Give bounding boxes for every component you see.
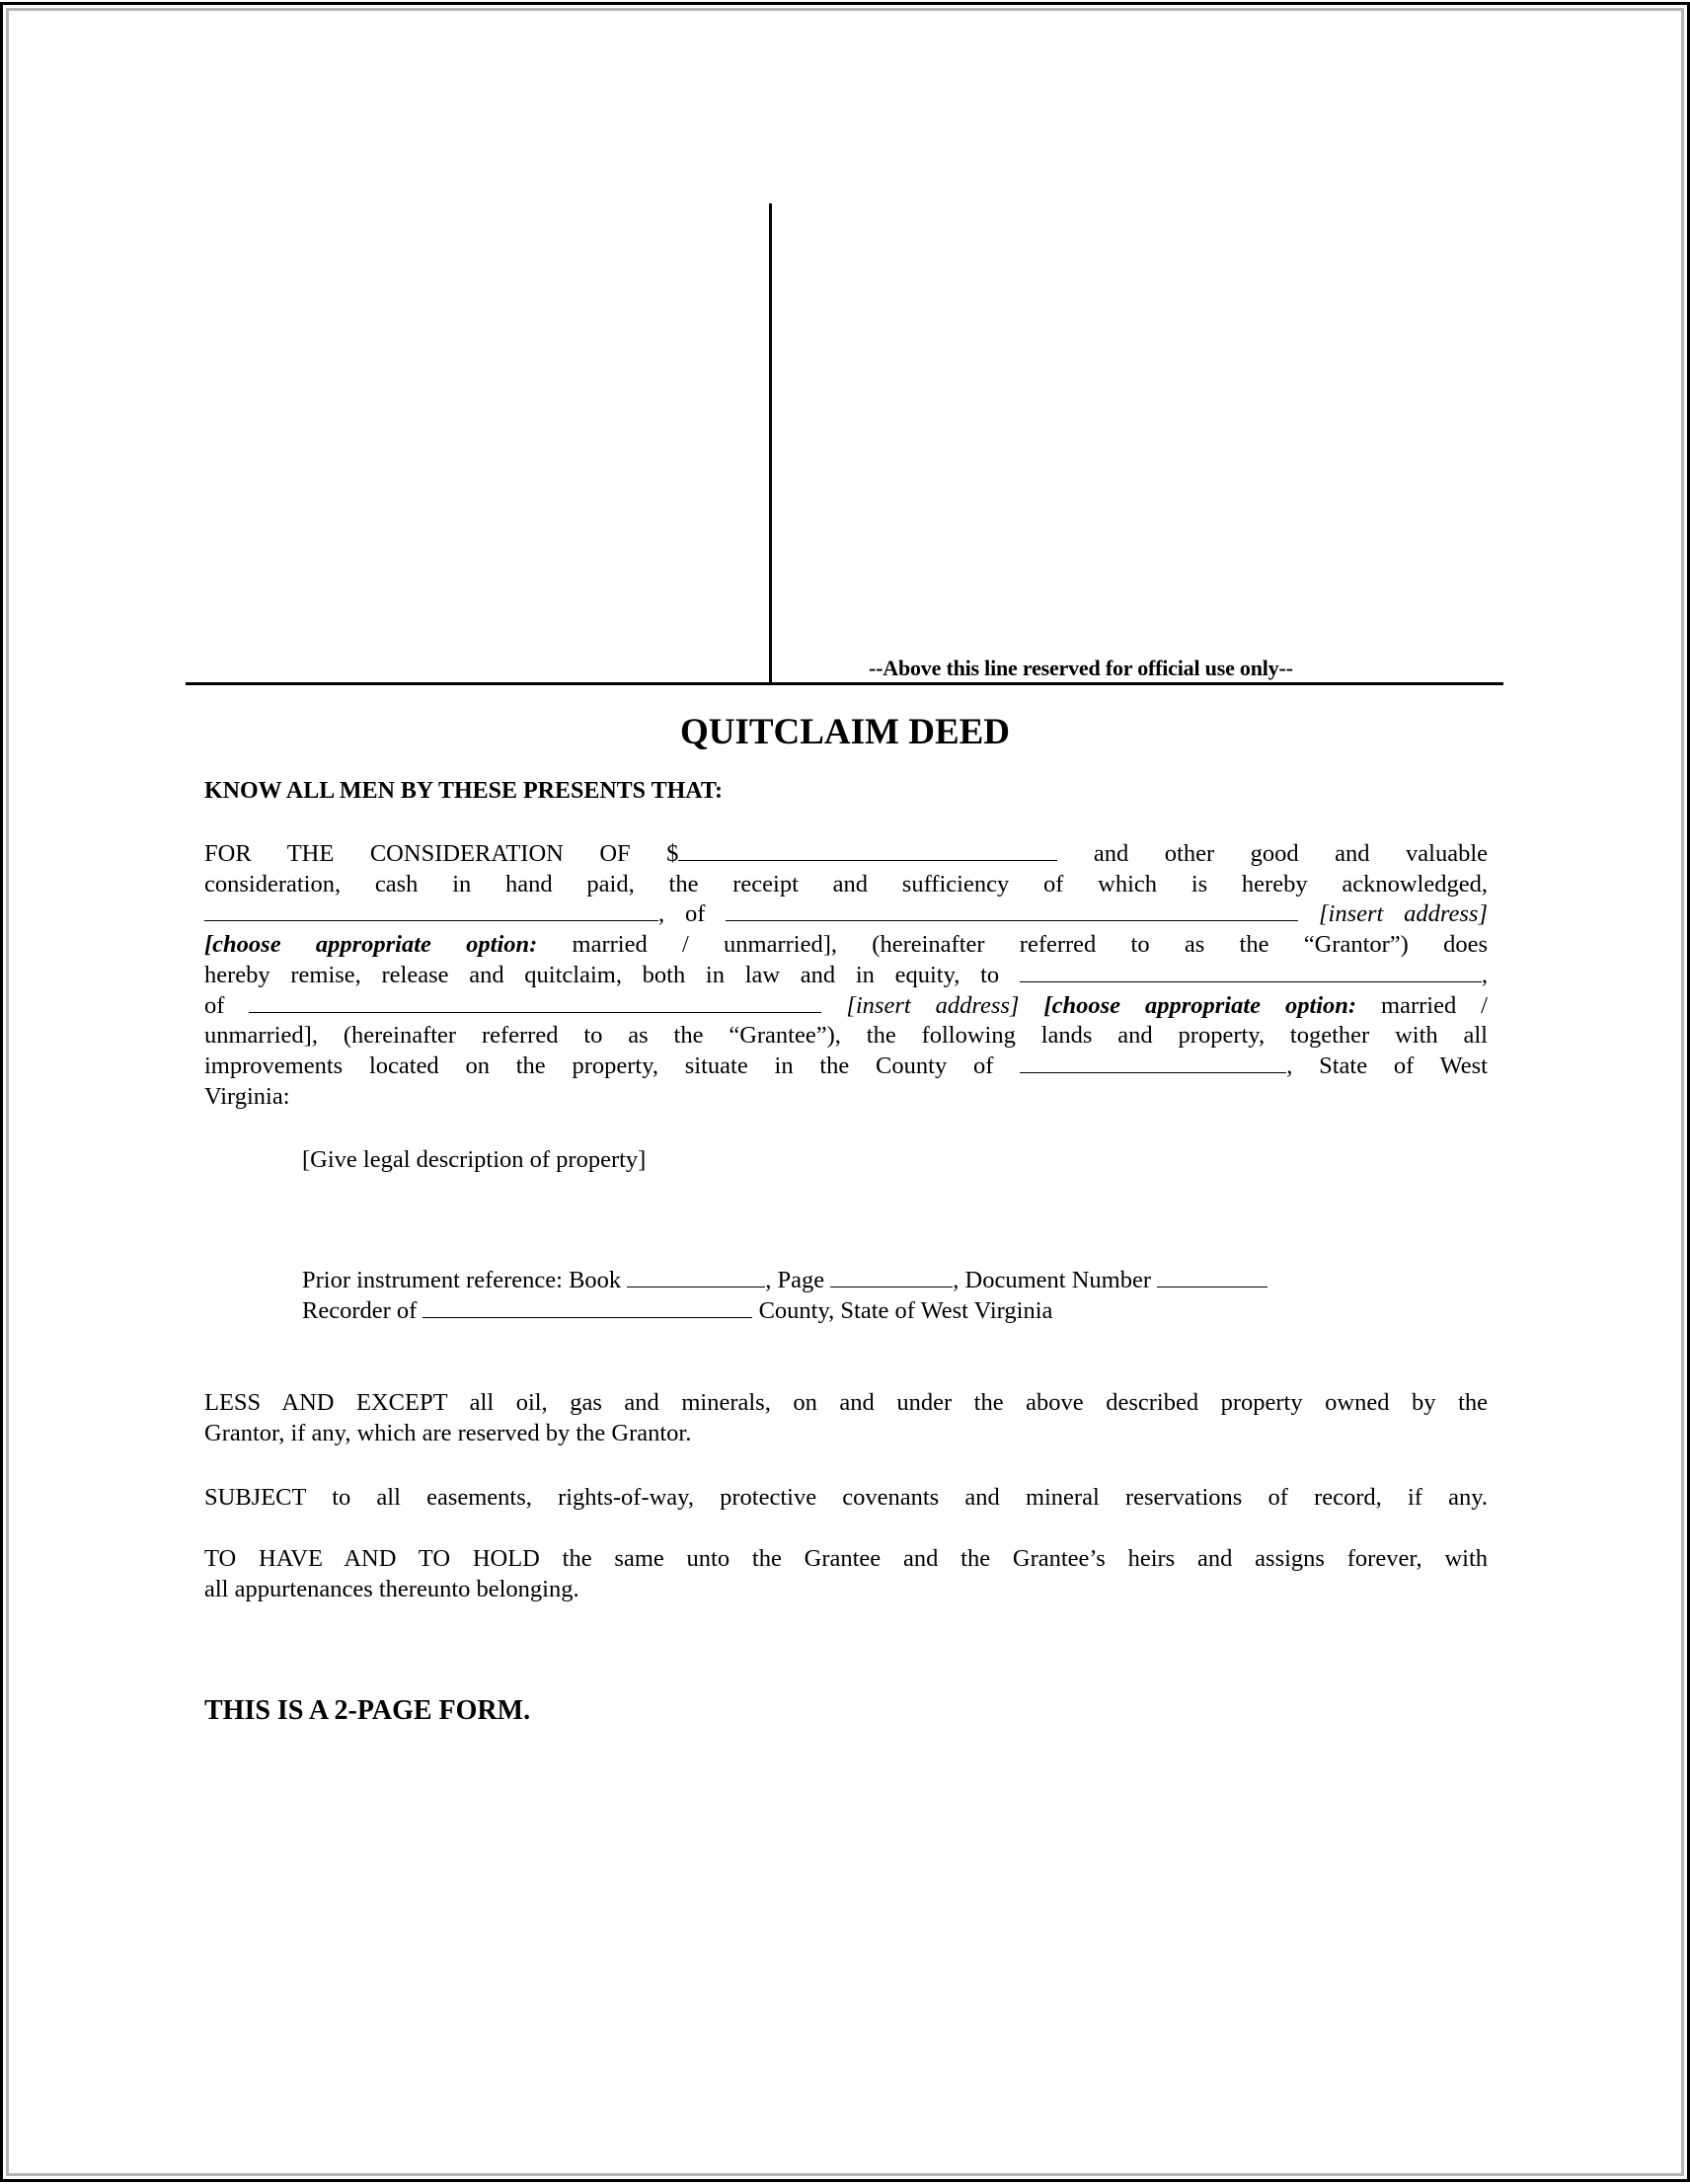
document-title: QUITCLAIM DEED [0, 711, 1690, 753]
habendum-clause: TO HAVE AND TO HOLD the same unto the Gr… [204, 1544, 1488, 1604]
line: hereby remise, release and quitclaim, bo… [204, 961, 1488, 991]
line: of [insert address] [choose appropriate … [204, 991, 1488, 1022]
line: , of [insert address] [204, 899, 1488, 930]
line: consideration, cash in hand paid, the re… [204, 870, 1488, 900]
official-use-line [186, 682, 1503, 685]
line: improvements located on the property, si… [204, 1052, 1488, 1082]
subject-clause: SUBJECT to all easements, rights-of-way,… [204, 1483, 1488, 1514]
county-blank[interactable] [1020, 1053, 1286, 1073]
prior-instrument-line: Prior instrument reference: Book , Page … [302, 1265, 1267, 1295]
official-use-label: --Above this line reserved for official … [869, 656, 1293, 681]
line: TO HAVE AND TO HOLD the same unto the Gr… [204, 1544, 1488, 1575]
grantee-name-blank[interactable] [1020, 962, 1482, 982]
recorder-line: Recorder of County, State of West Virgin… [302, 1295, 1052, 1326]
line: LESS AND EXCEPT all oil, gas and mineral… [204, 1388, 1488, 1419]
recorder-county-blank[interactable] [422, 1297, 752, 1318]
line: unmarried], (hereinafter referred to as … [204, 1021, 1488, 1052]
grantee-address-blank[interactable] [249, 992, 821, 1013]
line: Virginia: [204, 1082, 1488, 1113]
document-number-blank[interactable] [1157, 1267, 1267, 1287]
page-blank[interactable] [830, 1267, 953, 1287]
book-blank[interactable] [627, 1267, 765, 1287]
page-count-note: THIS IS A 2-PAGE FORM. [204, 1695, 530, 1727]
grantor-address-blank[interactable] [726, 900, 1298, 921]
intro-heading: KNOW ALL MEN BY THESE PRESENTS THAT: [204, 778, 723, 805]
less-and-except-clause: LESS AND EXCEPT all oil, gas and mineral… [204, 1388, 1488, 1448]
legal-description-placeholder: [Give legal description of property] [302, 1144, 646, 1175]
line: Grantor, if any, which are reserved by t… [204, 1419, 1488, 1449]
grantor-name-blank[interactable] [204, 900, 658, 921]
line: all appurtenances thereunto belonging. [204, 1575, 1488, 1605]
recording-area-divider [769, 203, 772, 684]
line: FOR THE CONSIDERATION OF $ and other goo… [204, 839, 1488, 870]
consideration-amount-blank[interactable] [678, 840, 1057, 861]
line: SUBJECT to all easements, rights-of-way,… [204, 1483, 1488, 1514]
consideration-paragraph: FOR THE CONSIDERATION OF $ and other goo… [204, 839, 1488, 1112]
line: [choose appropriate option: married / un… [204, 930, 1488, 961]
